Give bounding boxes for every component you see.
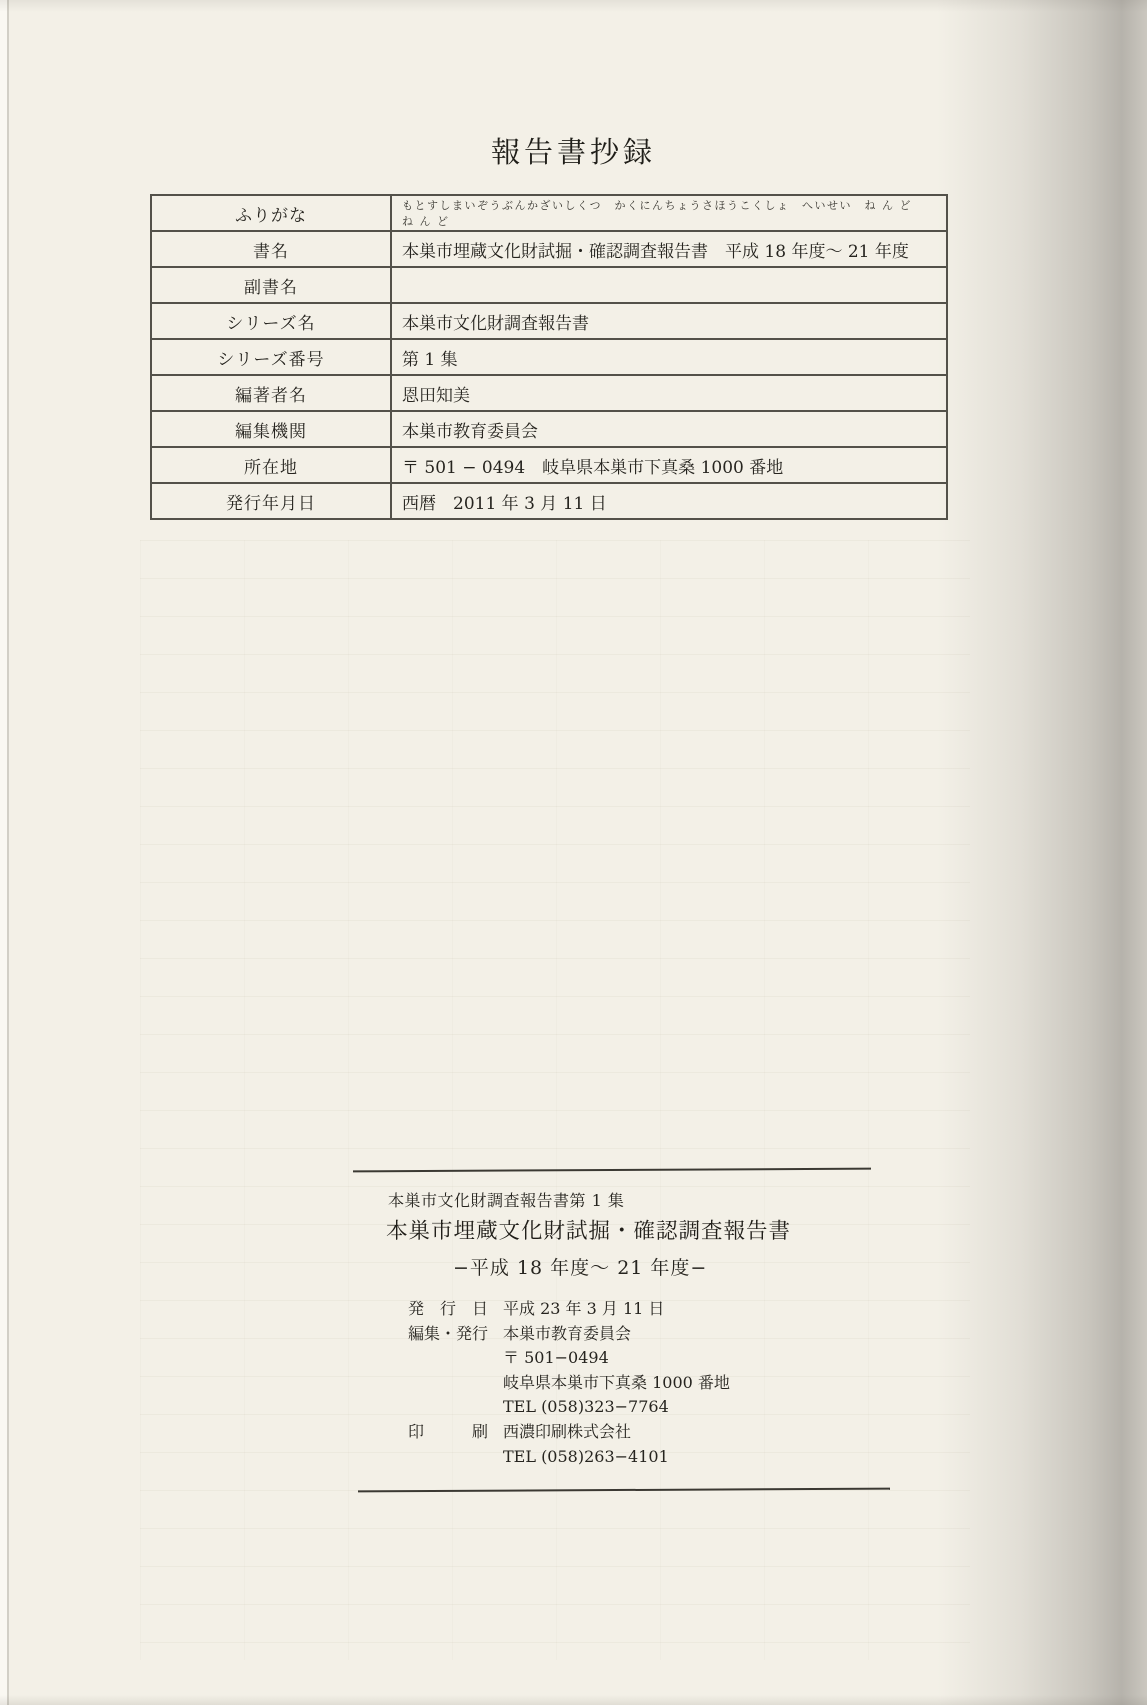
row-label: 編集機関 bbox=[151, 411, 391, 447]
colophon-entry: 〒 501−0494 bbox=[408, 1346, 730, 1371]
entry-value: 岐阜県本巣市下真桑 1000 番地 bbox=[503, 1371, 730, 1396]
colophon-subtitle: −平成 18 年度～ 21 年度− bbox=[453, 1253, 707, 1280]
abstract-row: 発行年月日 西暦 2011 年 3 月 11 日 bbox=[151, 483, 947, 519]
row-value bbox=[391, 267, 947, 303]
colophon-entry: TEL (058)323−7764 bbox=[408, 1395, 730, 1420]
entry-label bbox=[408, 1445, 503, 1470]
entry-value: 西濃印刷株式会社 bbox=[503, 1420, 631, 1445]
row-label: シリーズ番号 bbox=[151, 339, 391, 375]
entry-label: 発 行 日 bbox=[408, 1297, 503, 1322]
row-label: 書名 bbox=[151, 231, 391, 267]
abstract-row: シリーズ名 本巣市文化財調査報告書 bbox=[151, 303, 947, 339]
row-value: 本巣市教育委員会 bbox=[391, 411, 947, 447]
scan-left-edge-line bbox=[7, 0, 9, 1705]
row-value: 〒 501 − 0494 岐阜県本巣市下真桑 1000 番地 bbox=[391, 447, 947, 483]
abstract-row: シリーズ番号 第 1 集 bbox=[151, 339, 947, 375]
entry-value: TEL (058)323−7764 bbox=[503, 1395, 669, 1420]
row-label: 編著者名 bbox=[151, 375, 391, 411]
colophon-bottom-rule bbox=[358, 1488, 890, 1493]
entry-label bbox=[408, 1346, 503, 1371]
abstract-row: ふりがな もとすしまいぞうぶんかざいしくつ かくにんちょうさほうこくしょ へいせ… bbox=[151, 195, 947, 231]
row-label: 所在地 bbox=[151, 447, 391, 483]
scan-left-edge bbox=[0, 0, 7, 1705]
row-value: 恩田知美 bbox=[391, 375, 947, 411]
colophon-title: 本巣市埋蔵文化財試掘・確認調査報告書 bbox=[386, 1214, 791, 1245]
colophon-publication-block: 発 行 日平成 23 年 3 月 11 日 編集・発行本巣市教育委員会 〒 50… bbox=[408, 1297, 730, 1469]
colophon-series-line: 本巣市文化財調査報告書第 1 集 bbox=[388, 1188, 624, 1211]
colophon-entry: 編集・発行本巣市教育委員会 bbox=[408, 1322, 730, 1347]
row-label: 発行年月日 bbox=[151, 483, 391, 519]
colophon-entry: 岐阜県本巣市下真桑 1000 番地 bbox=[408, 1371, 730, 1396]
abstract-row: 編著者名 恩田知美 bbox=[151, 375, 947, 411]
entry-label bbox=[408, 1371, 503, 1396]
abstract-row: 所在地 〒 501 − 0494 岐阜県本巣市下真桑 1000 番地 bbox=[151, 447, 947, 483]
entry-value: 〒 501−0494 bbox=[503, 1346, 609, 1371]
scan-top-shade bbox=[0, 0, 1147, 12]
abstract-row: 書名 本巣市埋蔵文化財試掘・確認調査報告書 平成 18 年度～ 21 年度 bbox=[151, 231, 947, 267]
row-value: 西暦 2011 年 3 月 11 日 bbox=[391, 483, 947, 519]
row-value: 本巣市埋蔵文化財試掘・確認調査報告書 平成 18 年度～ 21 年度 bbox=[391, 231, 947, 267]
colophon-top-rule bbox=[353, 1168, 871, 1173]
colophon-entry: TEL (058)263−4101 bbox=[408, 1445, 730, 1470]
scanned-report-page: 報告書抄録 ふりがな もとすしまいぞうぶんかざいしくつ かくにんちょうさほうこく… bbox=[0, 0, 1147, 1705]
scan-bottom-shade bbox=[0, 1695, 1147, 1705]
abstract-row: 編集機関 本巣市教育委員会 bbox=[151, 411, 947, 447]
row-label: 副書名 bbox=[151, 267, 391, 303]
row-label: シリーズ名 bbox=[151, 303, 391, 339]
entry-label: 印 刷 bbox=[408, 1420, 503, 1445]
entry-value: TEL (058)263−4101 bbox=[503, 1445, 669, 1470]
page-bleed-through-texture bbox=[140, 540, 970, 1660]
row-label: ふりがな bbox=[151, 195, 391, 231]
entry-label: 編集・発行 bbox=[408, 1322, 503, 1347]
row-value: もとすしまいぞうぶんかざいしくつ かくにんちょうさほうこくしょ へいせい ね ん… bbox=[391, 195, 947, 231]
abstract-table: ふりがな もとすしまいぞうぶんかざいしくつ かくにんちょうさほうこくしょ へいせ… bbox=[150, 194, 948, 520]
colophon-entry: 印 刷西濃印刷株式会社 bbox=[408, 1420, 730, 1445]
entry-value: 本巣市教育委員会 bbox=[503, 1322, 631, 1347]
page-title: 報告書抄録 bbox=[0, 130, 1147, 171]
row-value: 本巣市文化財調査報告書 bbox=[391, 303, 947, 339]
abstract-row: 副書名 bbox=[151, 267, 947, 303]
entry-label bbox=[408, 1395, 503, 1420]
row-value: 第 1 集 bbox=[391, 339, 947, 375]
scan-right-shadow bbox=[937, 0, 1147, 1705]
colophon-entry: 発 行 日平成 23 年 3 月 11 日 bbox=[408, 1297, 730, 1322]
entry-value: 平成 23 年 3 月 11 日 bbox=[503, 1297, 664, 1322]
